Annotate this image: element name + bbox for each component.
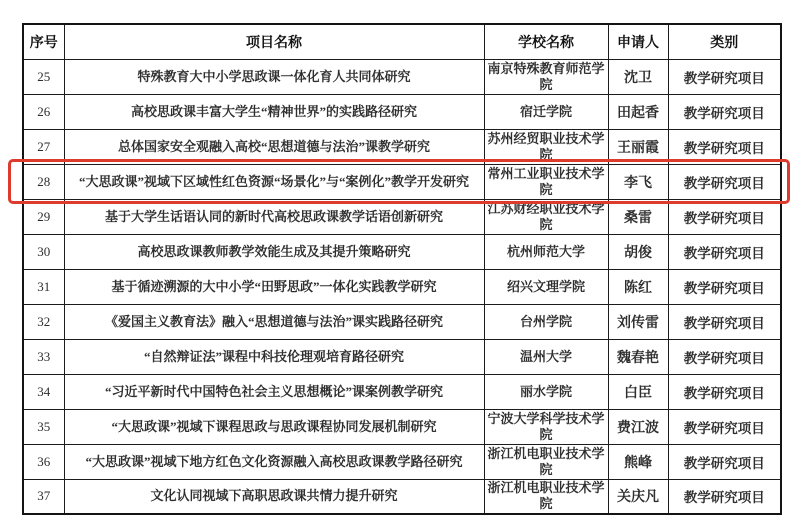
cell-applicant: 沈卫 [608,59,668,94]
cell-project: 高校思政课丰富大学生“精神世界”的实践路径研究 [64,94,484,129]
table-header: 序号 项目名称 学校名称 申请人 类别 [23,24,781,59]
cell-applicant: 关庆凡 [608,479,668,514]
cell-no: 30 [23,234,64,269]
cell-school: 浙江机电职业技术学院 [484,444,608,479]
cell-applicant: 刘传雷 [608,304,668,339]
cell-school: 江苏财经职业技术学院 [484,199,608,234]
cell-applicant: 桑雷 [608,199,668,234]
cell-category: 教学研究项目 [668,129,781,164]
cell-category: 教学研究项目 [668,199,781,234]
table-row: 26高校思政课丰富大学生“精神世界”的实践路径研究宿迁学院田起香教学研究项目 [23,94,781,129]
cell-category: 教学研究项目 [668,94,781,129]
cell-project: 高校思政课教师教学效能生成及其提升策略研究 [64,234,484,269]
header-project: 项目名称 [64,24,484,59]
cell-project: 基于大学生话语认同的新时代高校思政课教学话语创新研究 [64,199,484,234]
table-row: 27总体国家安全观融入高校“思想道德与法治”课教学研究苏州经贸职业技术学院王丽霞… [23,129,781,164]
cell-category: 教学研究项目 [668,339,781,374]
cell-no: 34 [23,374,64,409]
cell-project: “自然辩证法”课程中科技伦理观培育路径研究 [64,339,484,374]
cell-applicant: 熊峰 [608,444,668,479]
cell-project: 《爱国主义教育法》融入“思想道德与法治”课实践路径研究 [64,304,484,339]
cell-school: 宁波大学科学技术学院 [484,409,608,444]
table-body: 25特殊教育大中小学思政课一体化育人共同体研究南京特殊教育师范学院沈卫教学研究项… [23,59,781,514]
cell-school: 台州学院 [484,304,608,339]
table-row: 36“大思政课”视域下地方红色文化资源融入高校思政课教学路径研究浙江机电职业技术… [23,444,781,479]
project-table: 序号 项目名称 学校名称 申请人 类别 25特殊教育大中小学思政课一体化育人共同… [22,23,782,515]
cell-project: “习近平新时代中国特色社会主义思想概论”课案例教学研究 [64,374,484,409]
table-row: 34“习近平新时代中国特色社会主义思想概论”课案例教学研究丽水学院白臣教学研究项… [23,374,781,409]
cell-project: “大思政课”视域下地方红色文化资源融入高校思政课教学路径研究 [64,444,484,479]
cell-applicant: 王丽霞 [608,129,668,164]
cell-applicant: 魏春艳 [608,339,668,374]
cell-no: 28 [23,164,64,199]
table-row: 25特殊教育大中小学思政课一体化育人共同体研究南京特殊教育师范学院沈卫教学研究项… [23,59,781,94]
table-row: 37文化认同视域下高职思政课共情力提升研究浙江机电职业技术学院关庆凡教学研究项目 [23,479,781,514]
cell-applicant: 田起香 [608,94,668,129]
header-row: 序号 项目名称 学校名称 申请人 类别 [23,24,781,59]
cell-category: 教学研究项目 [668,444,781,479]
cell-project: 特殊教育大中小学思政课一体化育人共同体研究 [64,59,484,94]
cell-category: 教学研究项目 [668,409,781,444]
cell-no: 33 [23,339,64,374]
table-row: 28“大思政课”视域下区域性红色资源“场景化”与“案例化”教学开发研究常州工业职… [23,164,781,199]
cell-school: 丽水学院 [484,374,608,409]
cell-category: 教学研究项目 [668,164,781,199]
page: 序号 项目名称 学校名称 申请人 类别 25特殊教育大中小学思政课一体化育人共同… [0,0,799,532]
cell-no: 32 [23,304,64,339]
cell-category: 教学研究项目 [668,59,781,94]
cell-project: 总体国家安全观融入高校“思想道德与法治”课教学研究 [64,129,484,164]
cell-no: 31 [23,269,64,304]
cell-applicant: 陈红 [608,269,668,304]
cell-category: 教学研究项目 [668,479,781,514]
cell-category: 教学研究项目 [668,304,781,339]
table-row: 29基于大学生话语认同的新时代高校思政课教学话语创新研究江苏财经职业技术学院桑雷… [23,199,781,234]
cell-school: 绍兴文理学院 [484,269,608,304]
table-row: 35“大思政课”视域下课程思政与思政课程协同发展机制研究宁波大学科学技术学院费江… [23,409,781,444]
cell-no: 35 [23,409,64,444]
cell-school: 南京特殊教育师范学院 [484,59,608,94]
cell-no: 36 [23,444,64,479]
cell-no: 27 [23,129,64,164]
cell-school: 常州工业职业技术学院 [484,164,608,199]
header-school: 学校名称 [484,24,608,59]
cell-school: 杭州师范大学 [484,234,608,269]
cell-category: 教学研究项目 [668,234,781,269]
cell-no: 37 [23,479,64,514]
cell-applicant: 白臣 [608,374,668,409]
cell-category: 教学研究项目 [668,269,781,304]
header-category: 类别 [668,24,781,59]
cell-school: 宿迁学院 [484,94,608,129]
cell-project: 基于循迹溯源的大中小学“田野思政”一体化实践教学研究 [64,269,484,304]
header-no: 序号 [23,24,64,59]
table-row: 31基于循迹溯源的大中小学“田野思政”一体化实践教学研究绍兴文理学院陈红教学研究… [23,269,781,304]
cell-no: 25 [23,59,64,94]
cell-school: 温州大学 [484,339,608,374]
cell-school: 苏州经贸职业技术学院 [484,129,608,164]
cell-project: 文化认同视域下高职思政课共情力提升研究 [64,479,484,514]
cell-applicant: 胡俊 [608,234,668,269]
table-row: 30高校思政课教师教学效能生成及其提升策略研究杭州师范大学胡俊教学研究项目 [23,234,781,269]
cell-no: 26 [23,94,64,129]
header-applicant: 申请人 [608,24,668,59]
cell-project: “大思政课”视域下区域性红色资源“场景化”与“案例化”教学开发研究 [64,164,484,199]
cell-applicant: 李飞 [608,164,668,199]
cell-applicant: 费江波 [608,409,668,444]
table-row: 32《爱国主义教育法》融入“思想道德与法治”课实践路径研究台州学院刘传雷教学研究… [23,304,781,339]
cell-no: 29 [23,199,64,234]
cell-project: “大思政课”视域下课程思政与思政课程协同发展机制研究 [64,409,484,444]
cell-school: 浙江机电职业技术学院 [484,479,608,514]
cell-category: 教学研究项目 [668,374,781,409]
table-row: 33“自然辩证法”课程中科技伦理观培育路径研究温州大学魏春艳教学研究项目 [23,339,781,374]
